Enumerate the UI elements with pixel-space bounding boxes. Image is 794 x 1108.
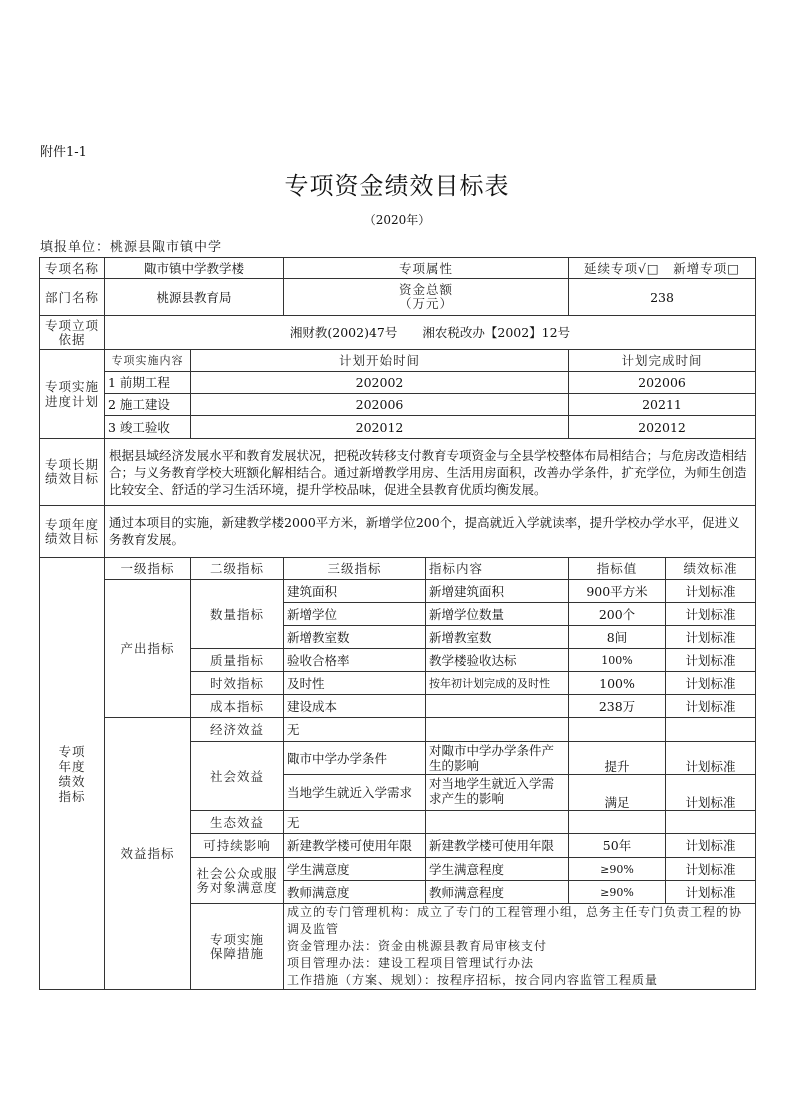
- value-cell: ≥90%: [569, 858, 666, 881]
- schedule-header-end: 计划完成时间: [569, 350, 756, 372]
- social-benefit-label: 社会效益: [191, 742, 284, 811]
- standard-cell: 计划标准: [666, 881, 756, 904]
- standard-cell: 计划标准: [666, 742, 756, 775]
- basis-label: 专项立项 依据: [40, 316, 105, 350]
- sustainable-impact-label: 可持续影响: [191, 834, 284, 858]
- schedule-content: 3 竣工验收: [105, 416, 191, 439]
- side-label-line: 绩效: [43, 774, 101, 789]
- level3-cell: 验收合格率: [284, 649, 426, 672]
- level3-cell: 陬市中学办学条件: [284, 742, 426, 775]
- quantity-indicator-label: 数量指标: [191, 580, 284, 649]
- level3-cell: 新增学位: [284, 603, 426, 626]
- level3-cell: 建设成本: [284, 695, 426, 718]
- value-cell: 8间: [569, 626, 666, 649]
- basis-value: 湘财教(2002)47号 湘农税改办【2002】12号: [105, 316, 756, 350]
- header-value: 指标值: [569, 558, 666, 580]
- basis-label-line1: 专项立项: [43, 319, 101, 333]
- total-fund-label: 资金总额 （万元）: [284, 279, 569, 316]
- level3-cell: 学生满意度: [284, 858, 426, 881]
- annual-goal-label: 专项年度 绩效目标: [40, 506, 105, 558]
- header-content: 指标内容: [426, 558, 569, 580]
- attachment-label: 附件1-1: [40, 141, 87, 160]
- header-level2: 二级指标: [191, 558, 284, 580]
- standard-cell: 计划标准: [666, 858, 756, 881]
- schedule-start: 202012: [191, 416, 569, 439]
- level3-cell: 新建教学楼可使用年限: [284, 834, 426, 858]
- header-standard: 绩效标准: [666, 558, 756, 580]
- content-cell: [426, 811, 569, 834]
- content-cell: 对陬市中学办学条件产生的影响: [426, 742, 569, 775]
- schedule-label-line2: 进度计划: [43, 394, 101, 409]
- content-cell: [426, 718, 569, 742]
- standard-cell: 计划标准: [666, 672, 756, 695]
- value-cell: 900平方米: [569, 580, 666, 603]
- project-name-value: 陬市镇中学教学楼: [105, 258, 284, 279]
- content-cell: [426, 695, 569, 718]
- level3-cell: 当地学生就近入学需求: [284, 775, 426, 811]
- indicators-side-label: 专项 年度 绩效 指标: [40, 558, 105, 990]
- value-cell: [569, 811, 666, 834]
- attribute-checkboxes[interactable]: 延续专项√□ 新增专项□: [569, 258, 756, 279]
- annual-goal-text: 通过本项目的实施，新建教学楼2000平方米，新增学位200个，提高就近入学就读率…: [105, 506, 756, 558]
- attribute-label: 专项属性: [284, 258, 569, 279]
- dept-name-label: 部门名称: [40, 279, 105, 316]
- value-cell: ≥90%: [569, 881, 666, 904]
- schedule-header-content: 专项实施内容: [105, 350, 191, 372]
- level3-cell: 无: [284, 718, 426, 742]
- long-term-label-line1: 专项长期: [43, 458, 101, 472]
- annual-label-line2: 绩效目标: [43, 532, 101, 546]
- value-cell: 满足: [569, 775, 666, 811]
- level3-cell: 新增教室数: [284, 626, 426, 649]
- content-cell: 学生满意程度: [426, 858, 569, 881]
- content-cell: 新增学位数量: [426, 603, 569, 626]
- schedule-start: 202002: [191, 372, 569, 394]
- page-title: 专项资金绩效目标表: [0, 166, 794, 201]
- economic-benefit-label: 经济效益: [191, 718, 284, 742]
- safeguard-line: 资金管理办法：资金由桃源县教育局审核支付: [287, 938, 752, 955]
- schedule-start: 202006: [191, 394, 569, 416]
- project-name-label: 专项名称: [40, 258, 105, 279]
- side-label-line: 年度: [43, 759, 101, 774]
- safeguard-label-line2: 保障措施: [194, 947, 280, 961]
- safeguard-line: 成立的专门管理机构：成立了专门的工程管理小组，总务主任专门负责工程的协调及监管: [287, 904, 752, 938]
- cost-indicator-label: 成本指标: [191, 695, 284, 718]
- long-term-goal-text: 根据县域经济发展水平和教育发展状况，把税改转移支付教育专项资金与全县学校整体布局…: [105, 439, 756, 506]
- standard-cell: 计划标准: [666, 580, 756, 603]
- standard-cell: 计划标准: [666, 775, 756, 811]
- side-label-line: 专项: [43, 744, 101, 759]
- ecological-benefit-label: 生态效益: [191, 811, 284, 834]
- safeguard-measures: 成立的专门管理机构：成立了专门的工程管理小组，总务主任专门负责工程的协调及监管 …: [284, 904, 756, 990]
- benefit-indicator-label: 效益指标: [105, 718, 191, 990]
- value-cell: 100%: [569, 649, 666, 672]
- standard-cell: 计划标准: [666, 695, 756, 718]
- content-cell: 对当地学生就近入学需求产生的影响: [426, 775, 569, 811]
- long-term-label-line2: 绩效目标: [43, 472, 101, 486]
- standard-cell: 计划标准: [666, 626, 756, 649]
- schedule-content: 2 施工建设: [105, 394, 191, 416]
- schedule-header-start: 计划开始时间: [191, 350, 569, 372]
- side-label-line: 指标: [43, 789, 101, 804]
- header-level1: 一级指标: [105, 558, 191, 580]
- satisfaction-label: 社会公众或服务对象满意度: [191, 858, 284, 904]
- quality-indicator-label: 质量指标: [191, 649, 284, 672]
- total-fund-value: 238: [569, 279, 756, 316]
- level3-cell: 无: [284, 811, 426, 834]
- level3-cell: 建筑面积: [284, 580, 426, 603]
- value-cell: 50年: [569, 834, 666, 858]
- total-fund-label-line2: （万元）: [287, 297, 565, 311]
- total-fund-label-line1: 资金总额: [287, 283, 565, 297]
- output-indicator-label: 产出指标: [105, 580, 191, 718]
- content-cell: 按年初计划完成的及时性: [426, 672, 569, 695]
- timeliness-indicator-label: 时效指标: [191, 672, 284, 695]
- long-term-goal-label: 专项长期 绩效目标: [40, 439, 105, 506]
- content-cell: 新建教学楼可使用年限: [426, 834, 569, 858]
- standard-cell: [666, 718, 756, 742]
- year-label: （2020年）: [0, 211, 794, 228]
- content-cell: 教师满意程度: [426, 881, 569, 904]
- standard-cell: 计划标准: [666, 649, 756, 672]
- basis-label-line2: 依据: [43, 333, 101, 347]
- level3-cell: 教师满意度: [284, 881, 426, 904]
- content-cell: 新增建筑面积: [426, 580, 569, 603]
- level3-cell: 及时性: [284, 672, 426, 695]
- safeguard-line: 工作措施（方案、规划）：按程序招标，按合同内容监管工程质量: [287, 972, 752, 989]
- standard-cell: 计划标准: [666, 834, 756, 858]
- value-cell: 200个: [569, 603, 666, 626]
- dept-name-value: 桃源县教育局: [105, 279, 284, 316]
- filing-unit: 填报单位：桃源县陬市镇中学: [40, 236, 222, 255]
- value-cell: 提升: [569, 742, 666, 775]
- safeguard-label: 专项实施 保障措施: [191, 904, 284, 990]
- content-cell: 教学楼验收达标: [426, 649, 569, 672]
- value-cell: 100%: [569, 672, 666, 695]
- header-level3: 三级指标: [284, 558, 426, 580]
- performance-table: 专项名称 陬市镇中学教学楼 专项属性 延续专项√□ 新增专项□ 部门名称 桃源县…: [39, 257, 756, 990]
- schedule-end: 202006: [569, 372, 756, 394]
- standard-cell: 计划标准: [666, 603, 756, 626]
- value-cell: 238万: [569, 695, 666, 718]
- schedule-end: 202012: [569, 416, 756, 439]
- schedule-label: 专项实施 进度计划: [40, 350, 105, 439]
- content-cell: 新增教室数: [426, 626, 569, 649]
- value-cell: [569, 718, 666, 742]
- safeguard-line: 项目管理办法：建设工程项目管理试行办法: [287, 955, 752, 972]
- schedule-label-line1: 专项实施: [43, 379, 101, 394]
- schedule-content: 1 前期工程: [105, 372, 191, 394]
- standard-cell: [666, 811, 756, 834]
- annual-label-line1: 专项年度: [43, 518, 101, 532]
- schedule-end: 20211: [569, 394, 756, 416]
- safeguard-label-line1: 专项实施: [194, 933, 280, 947]
